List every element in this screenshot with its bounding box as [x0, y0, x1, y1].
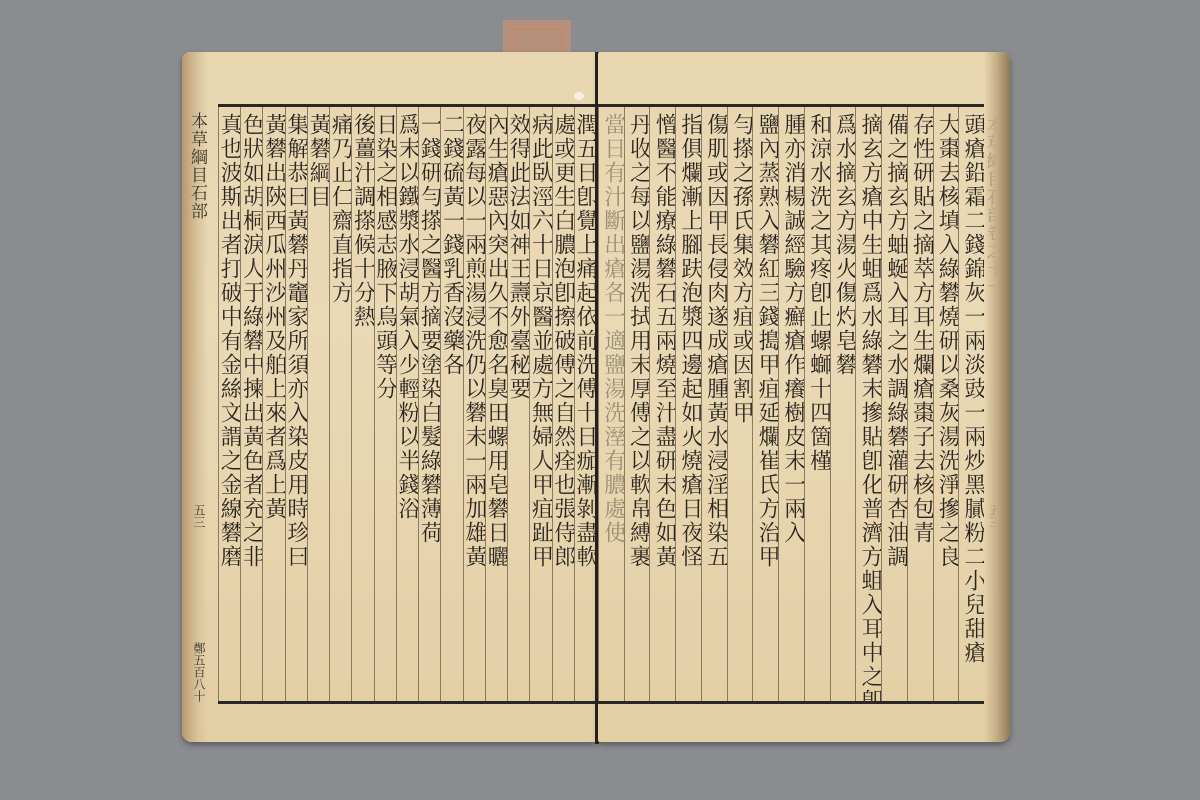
- text-column: 日染之相感志腋下烏頭等分: [374, 107, 396, 701]
- text-column: 真也波斯出者打破中有金絲文謂之金線礬磨: [218, 107, 240, 701]
- text-column: 效得此法如神王燾外臺秘要: [507, 107, 529, 701]
- text-column: 憎醫不能療綠礬石五兩燒至汁盡研末色如黃: [649, 107, 675, 701]
- text-column: 潤五日卽覺上痛起依前洗傅十日痂漸剝盡軟: [574, 107, 596, 701]
- text-column: 一錢研勻搽之醫方摘要塗染白髮綠礬薄荷: [418, 107, 440, 701]
- paper-blemish: [574, 92, 584, 100]
- text-column: 勻搽之孫氏集效方疽或因割甲: [727, 107, 753, 701]
- text-column-faint: 當日有汁斷出瘡各一適鹽湯洗溼有膿處使: [598, 107, 624, 701]
- text-column: 處或更生白膿泡卽擦破傅之自然痊也張侍郎: [552, 107, 574, 701]
- text-column: 集解恭曰黃礬丹竈家所須亦入染皮用時珍曰: [285, 107, 307, 701]
- right-text-columns: 頭瘡鉛霜二錢錦灰一兩淡豉一兩炒黑膩粉二小兒甜瘡 大棗去核填入綠礬燒研以桑灰湯洗淨…: [598, 107, 984, 701]
- text-column: 頭瘡鉛霜二錢錦灰一兩淡豉一兩炒黑膩粉二小兒甜瘡: [958, 107, 984, 701]
- right-page-number: 五三: [986, 504, 1004, 528]
- text-column: 爲末以鐵漿水浸胡氣入少輕粉以半錢浴: [396, 107, 418, 701]
- text-column: 摘玄方瘡中生蛆爲水綠礬末摻貼卽化普濟方蛆入耳中之卽化綠礬摻: [855, 107, 881, 701]
- text-column: 夜露每以一兩煎湯浸洗仍以礬末一兩加雄黃: [463, 107, 485, 701]
- text-column: 色狀如胡桐淚人于綠礬中揀出黃色者充之非: [240, 107, 262, 701]
- left-text-columns: 潤五日卽覺上痛起依前洗傅十日痂漸剝盡軟 處或更生白膿泡卽擦破傅之自然痊也張侍郎 …: [218, 107, 596, 701]
- text-column: 丹收之每以鹽湯洗拭用末厚傅之以軟帛縛裹: [624, 107, 650, 701]
- text-column: 存性研貼之摘萃方耳生爛瘡棗子去核包青: [907, 107, 933, 701]
- right-page: 本草綱目石部卷之十一 五三 頭瘡鉛霜二錢錦灰一兩淡豉一兩炒黑膩粉二小兒甜瘡 大棗…: [598, 52, 1010, 742]
- text-column: 指俱爛漸上腳趺泡漿四邊起如火燒瘡日夜怪: [675, 107, 701, 701]
- left-margin-note: 鄭五百八十: [188, 642, 208, 702]
- text-column: 大棗去核填入綠礬燒研以桑灰湯洗淨摻之良: [933, 107, 959, 701]
- right-margin-title: 本草綱目石部卷之十一: [984, 116, 1006, 296]
- text-column: 和涼水洗之其疼卽止螺螄十四箇槿: [804, 107, 830, 701]
- text-column: 二錢硫黃一錢乳香沒藥各: [440, 107, 462, 701]
- text-column: 鹽內蒸熟入礬紅三錢搗甲疽延爛崔氏方治甲: [752, 107, 778, 701]
- left-text-frame: 潤五日卽覺上痛起依前洗傅十日痂漸剝盡軟 處或更生白膿泡卽擦破傅之自然痊也張侍郎 …: [218, 104, 596, 704]
- text-column: 後薑汁調搽候十分熱: [351, 107, 373, 701]
- entry-heading: 黃礬綱目: [307, 107, 329, 701]
- text-column: 傷肌或因甲長侵肉遂成瘡腫黃水浸淫相染五: [701, 107, 727, 701]
- left-margin-title: 本草綱目石部: [188, 112, 210, 220]
- open-book: 本草綱目石部 五三 鄭五百八十 潤五日卽覺上痛起依前洗傅十日痂漸剝盡軟 處或更生…: [182, 52, 1012, 750]
- text-column: 爲水摘玄方湯火傷灼皂礬: [830, 107, 856, 701]
- text-column: 備之摘玄方蚰蜒入耳之水調綠礬灌研杏油調: [881, 107, 907, 701]
- right-text-frame: 頭瘡鉛霜二錢錦灰一兩淡豉一兩炒黑膩粉二小兒甜瘡 大棗去核填入綠礬燒研以桑灰湯洗淨…: [598, 104, 984, 704]
- left-page-number: 五三: [190, 504, 208, 528]
- text-column: 內生瘡惡內突出久不愈名臭田螺用皂礬日曬: [485, 107, 507, 701]
- text-column: 痛乃止仁齋直指方: [329, 107, 351, 701]
- left-page: 本草綱目石部 五三 鄭五百八十 潤五日卽覺上痛起依前洗傅十日痂漸剝盡軟 處或更生…: [182, 52, 596, 742]
- text-column: 腫亦消楊誠經驗方癬瘡作癢樹皮末一兩入: [778, 107, 804, 701]
- text-column: 黃礬出陝西瓜州沙州及舶上來者爲上黃: [262, 107, 284, 701]
- text-column: 病此臥涇六十日京醫並處方無婦人甲疽趾甲: [529, 107, 551, 701]
